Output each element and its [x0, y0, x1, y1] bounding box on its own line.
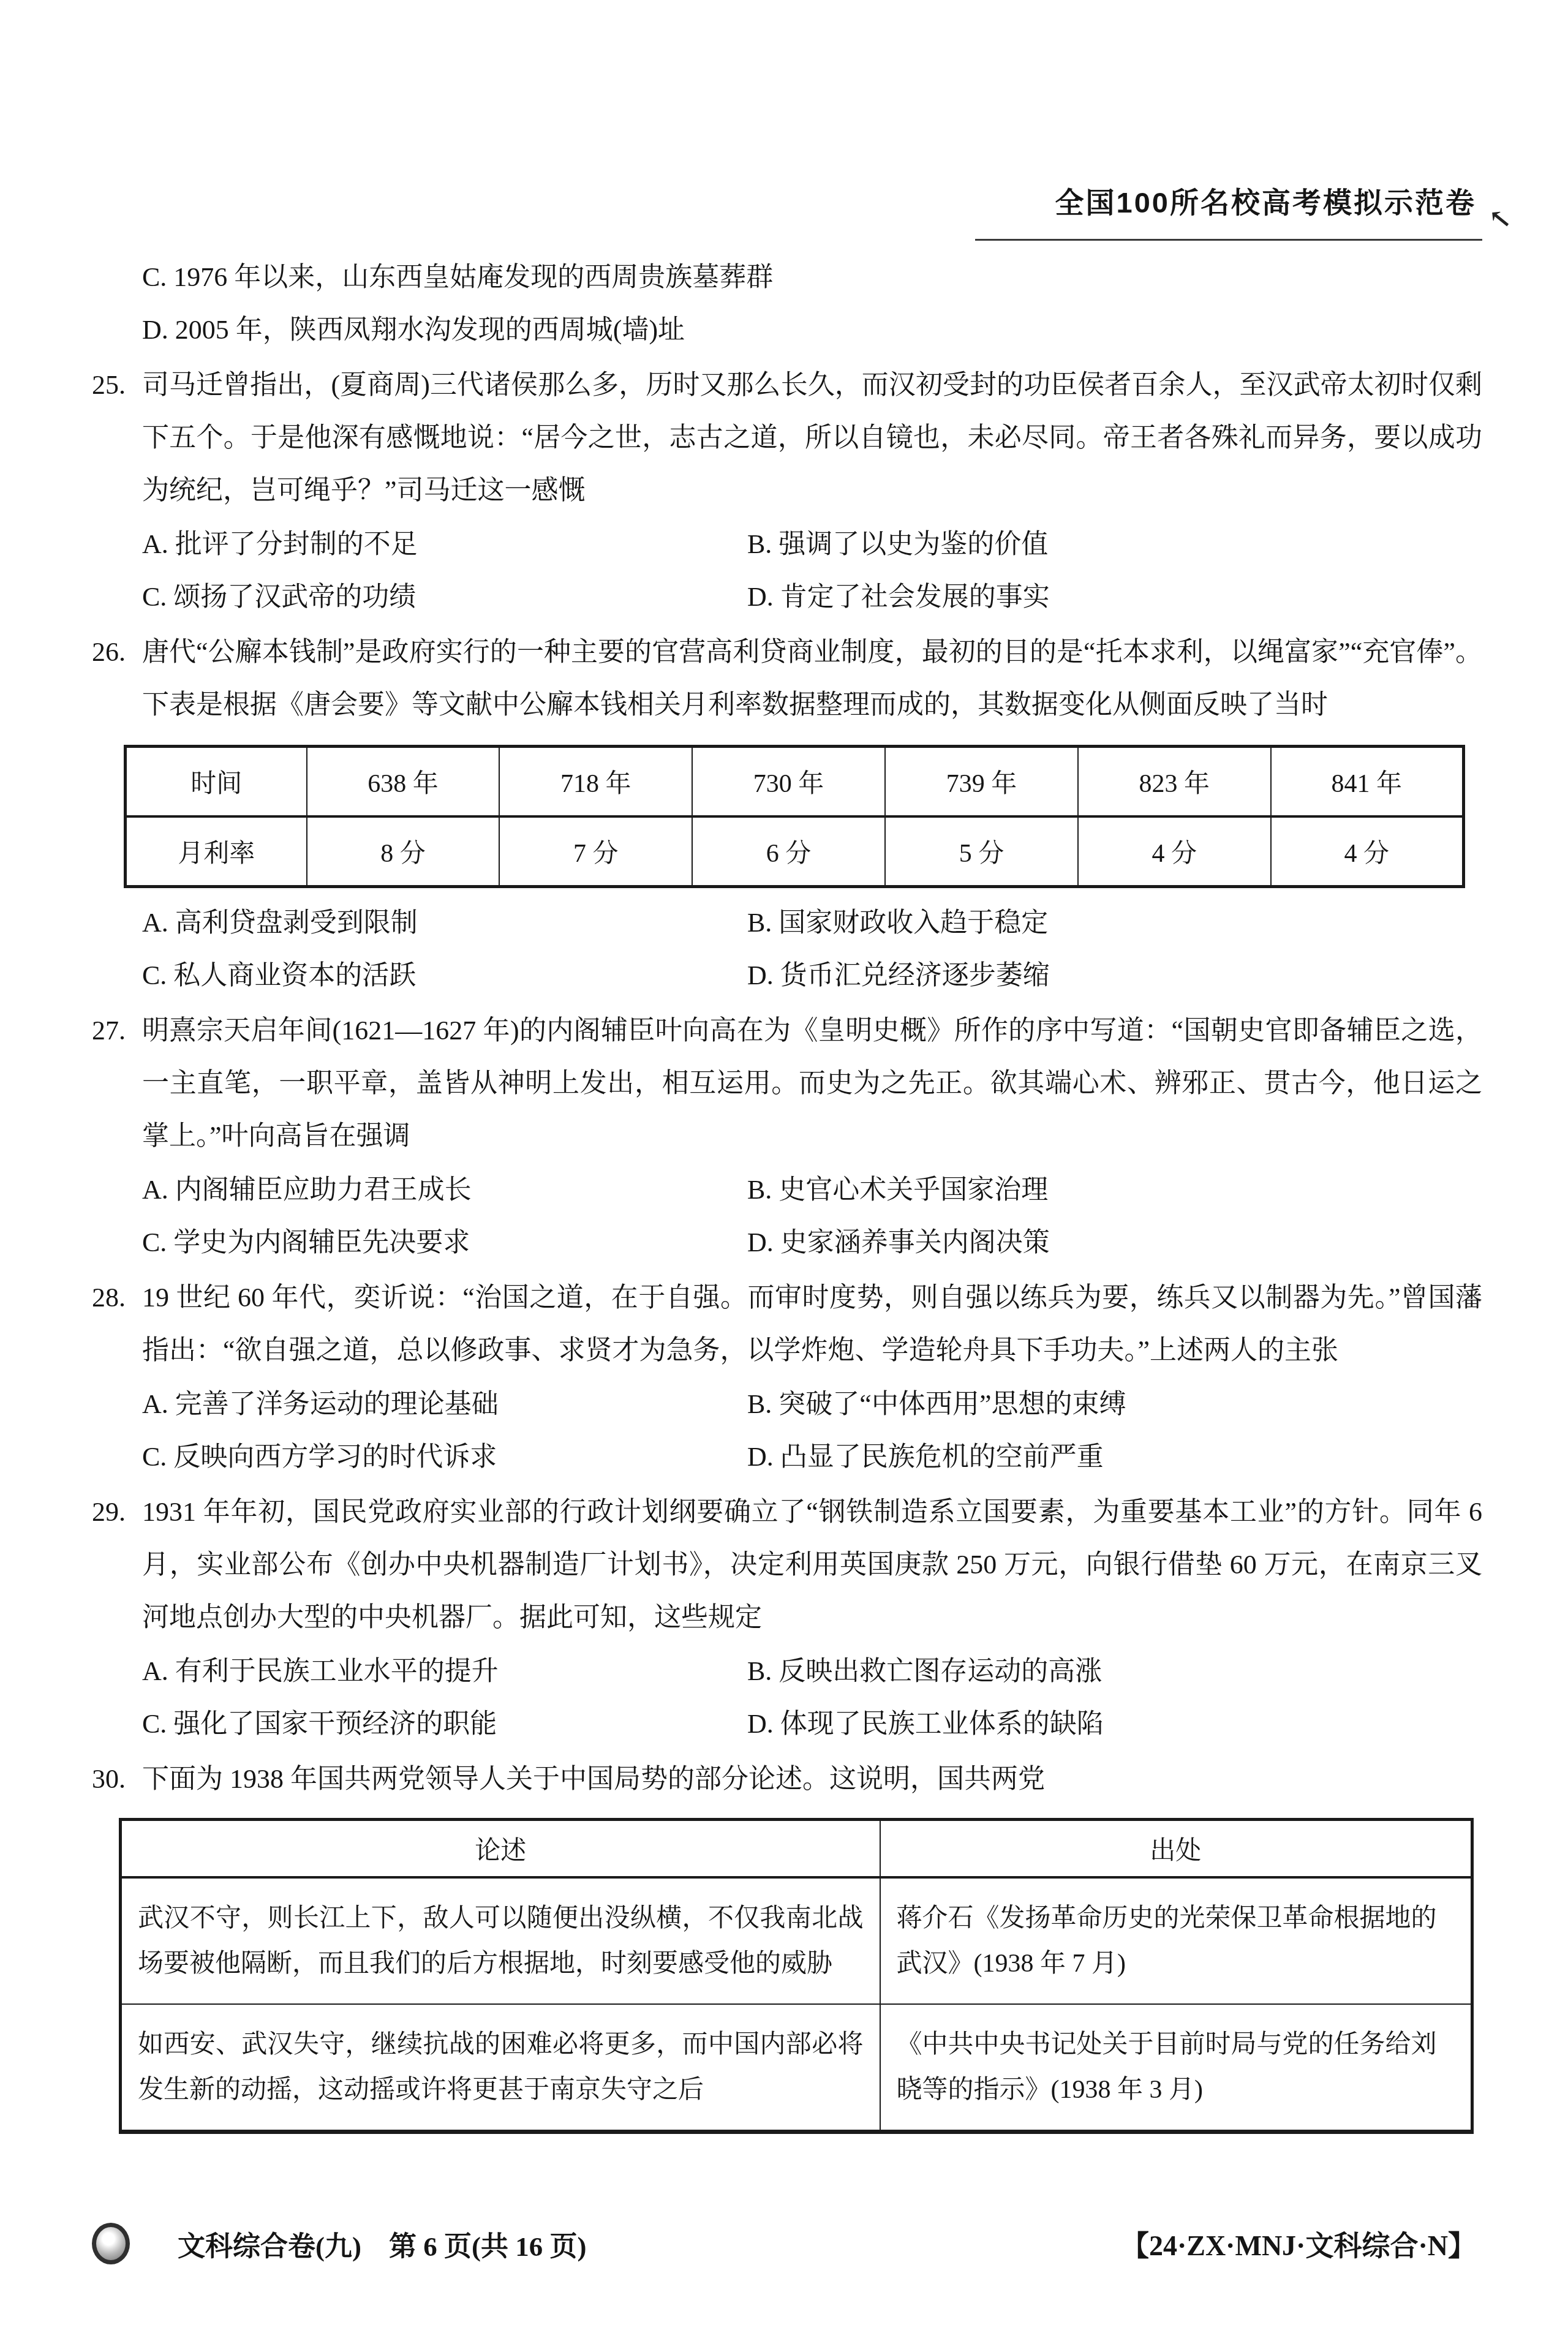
table-row: 时间 638 年 718 年 730 年 739 年 823 年 841 年 — [126, 747, 1464, 817]
table-cell-source: 蒋介石《发扬革命历史的光荣保卫革命根据地的武汉》(1938 年 7 月) — [880, 1877, 1472, 2004]
page-footer: 文科综合卷(九) 第 6 页(共 16 页) 【24·ZX·MNJ·文科综合·N… — [92, 2216, 1476, 2271]
option-b: B. 国家财政收入趋于稳定 — [747, 897, 1482, 949]
table-row: 月利率 8 分 7 分 6 分 5 分 4 分 4 分 — [126, 816, 1464, 887]
table-cell: 638 年 — [307, 747, 500, 817]
publisher-logo — [92, 2223, 130, 2264]
option-a: A. 完善了洋务运动的理论基础 — [142, 1378, 747, 1431]
footer-volume-page: 文科综合卷(九) 第 6 页(共 16 页) — [178, 2224, 586, 2264]
question-30: 30. 下面为 1938 年国共两党领导人关于中国局势的部分论述。这说明，国共两… — [92, 1753, 1482, 2134]
option-a: A. 高利贷盘剥受到限制 — [142, 897, 747, 949]
table-header-discourse: 论述 — [121, 1820, 880, 1878]
option-d: D. 体现了民族工业体系的缺陷 — [747, 1698, 1482, 1751]
table-cell: 8 分 — [307, 816, 500, 887]
question-25-options: A. 批评了分封制的不足 B. 强调了以史为鉴的价值 C. 颂扬了汉武帝的功绩 … — [92, 518, 1482, 624]
table-cell: 5 分 — [885, 816, 1078, 887]
exam-content: C. 1976 年以来，山东西皇姑庵发现的西周贵族墓葬群 D. 2005 年，陕… — [92, 251, 1482, 2134]
table-row: 武汉不守，则长江上下，敌人可以随便出没纵横，不仅我南北战场要被他隔断，而且我们的… — [121, 1877, 1472, 2004]
question-24-option-d: D. 2005 年，陕西凤翔水沟发现的西周城(墙)址 — [92, 304, 1482, 356]
question-24-option-c: C. 1976 年以来，山东西皇姑庵发现的西周贵族墓葬群 — [92, 251, 1482, 304]
discourse-source-table: 论述 出处 武汉不守，则长江上下，敌人可以随便出没纵横，不仅我南北战场要被他隔断… — [119, 1818, 1474, 2134]
option-c: C. 学史为内阁辅臣先决要求 — [142, 1216, 747, 1269]
question-28-options: A. 完善了洋务运动的理论基础 B. 突破了“中体西用”思想的束缚 C. 反映向… — [92, 1378, 1482, 1483]
table-cell: 时间 — [126, 747, 307, 817]
option-c: C. 颂扬了汉武帝的功绩 — [142, 571, 747, 624]
option-d: D. 货币汇兑经济逐步萎缩 — [747, 949, 1482, 1002]
question-27-options: A. 内阁辅臣应助力君王成长 B. 史官心术关乎国家治理 C. 学史为内阁辅臣先… — [92, 1164, 1482, 1269]
table-cell: 7 分 — [499, 816, 692, 887]
option-d: D. 史家涵养事关内阁决策 — [747, 1216, 1482, 1269]
exam-page: 全国100所名校高考模拟示范卷 ↖ C. 1976 年以来，山东西皇姑庵发现的西… — [0, 0, 1568, 2352]
option-a: A. 内阁辅臣应助力君王成长 — [142, 1164, 747, 1216]
footer-code: 【24·ZX·MNJ·文科综合·N】 — [1121, 2223, 1476, 2264]
table-cell: 730 年 — [692, 747, 885, 817]
table-cell-discourse: 如西安、武汉失守，继续抗战的困难必将更多，而中国内部必将发生新的动摇，这动摇或许… — [121, 2004, 880, 2132]
question-number: 28. — [92, 1272, 142, 1324]
question-number: 30. — [92, 1753, 142, 1806]
header-rule — [975, 239, 1482, 241]
option-b: B. 强调了以史为鉴的价值 — [747, 518, 1482, 571]
question-29-options: A. 有利于民族工业水平的提升 B. 反映出救亡图存运动的高涨 C. 强化了国家… — [92, 1645, 1482, 1751]
cursor-artifact-icon: ↖ — [1488, 205, 1513, 234]
table-cell: 718 年 — [499, 747, 692, 817]
question-26-options: A. 高利贷盘剥受到限制 B. 国家财政收入趋于稳定 C. 私人商业资本的活跃 … — [92, 897, 1482, 1002]
table-cell: 月利率 — [126, 816, 307, 887]
interest-rate-table: 时间 638 年 718 年 730 年 739 年 823 年 841 年 月… — [124, 745, 1465, 888]
option-c: C. 反映向西方学习的时代诉求 — [142, 1431, 747, 1483]
question-number: 27. — [92, 1005, 142, 1057]
table-cell-discourse: 武汉不守，则长江上下，敌人可以随便出没纵横，不仅我南北战场要被他隔断，而且我们的… — [121, 1877, 880, 2004]
table-cell: 4 分 — [1078, 816, 1271, 887]
question-text: 唐代“公廨本钱制”是政府实行的一种主要的官营高利贷商业制度，最初的目的是“托本求… — [142, 626, 1482, 731]
question-text: 明熹宗天启年间(1621—1627 年)的内阁辅臣叶向高在为《皇明史概》所作的序… — [142, 1005, 1482, 1163]
question-28: 28. 19 世纪 60 年代，奕䜣说：“治国之道，在于自强。而审时度势，则自强… — [92, 1272, 1482, 1483]
table-cell: 823 年 — [1078, 747, 1271, 817]
question-29: 29. 1931 年年初，国民党政府实业部的行政计划纲要确立了“钢铁制造系立国要… — [92, 1486, 1482, 1751]
question-number: 25. — [92, 359, 142, 412]
option-b: B. 反映出救亡图存运动的高涨 — [747, 1645, 1482, 1698]
option-b: B. 突破了“中体西用”思想的束缚 — [747, 1378, 1482, 1431]
question-24-carryover: C. 1976 年以来，山东西皇姑庵发现的西周贵族墓葬群 D. 2005 年，陕… — [92, 251, 1482, 356]
option-a: A. 批评了分封制的不足 — [142, 518, 747, 571]
option-a: A. 有利于民族工业水平的提升 — [142, 1645, 747, 1698]
question-27: 27. 明熹宗天启年间(1621—1627 年)的内阁辅臣叶向高在为《皇明史概》… — [92, 1005, 1482, 1269]
question-number: 26. — [92, 626, 142, 679]
table-cell: 841 年 — [1271, 747, 1464, 817]
option-d: D. 肯定了社会发展的事实 — [747, 571, 1482, 624]
table-header-source: 出处 — [880, 1820, 1472, 1878]
option-c: C. 私人商业资本的活跃 — [142, 949, 747, 1002]
question-text: 司马迁曾指出，(夏商周)三代诸侯那么多，历时又那么长久，而汉初受封的功臣侯者百余… — [142, 359, 1482, 517]
table-row: 如西安、武汉失守，继续抗战的困难必将更多，而中国内部必将发生新的动摇，这动摇或许… — [121, 2004, 1472, 2132]
question-text: 1931 年年初，国民党政府实业部的行政计划纲要确立了“钢铁制造系立国要素，为重… — [142, 1486, 1482, 1644]
option-d: D. 凸显了民族危机的空前严重 — [747, 1431, 1482, 1483]
question-text: 19 世纪 60 年代，奕䜣说：“治国之道，在于自强。而审时度势，则自强以练兵为… — [142, 1272, 1482, 1377]
question-25: 25. 司马迁曾指出，(夏商周)三代诸侯那么多，历时又那么长久，而汉初受封的功臣… — [92, 359, 1482, 624]
question-text: 下面为 1938 年国共两党领导人关于中国局势的部分论述。这说明，国共两党 — [142, 1753, 1482, 1806]
question-number: 29. — [92, 1486, 142, 1539]
option-c: C. 强化了国家干预经济的职能 — [142, 1698, 747, 1751]
page-header-title: 全国100所名校高考模拟示范卷 — [1055, 180, 1476, 221]
table-header-row: 论述 出处 — [121, 1820, 1472, 1878]
option-b: B. 史官心术关乎国家治理 — [747, 1164, 1482, 1216]
question-26: 26. 唐代“公廨本钱制”是政府实行的一种主要的官营高利贷商业制度，最初的目的是… — [92, 626, 1482, 1002]
table-cell: 6 分 — [692, 816, 885, 887]
table-cell: 739 年 — [885, 747, 1078, 817]
table-cell: 4 分 — [1271, 816, 1464, 887]
table-cell-source: 《中共中央书记处关于目前时局与党的任务给刘晓等的指示》(1938 年 3 月) — [880, 2004, 1472, 2132]
